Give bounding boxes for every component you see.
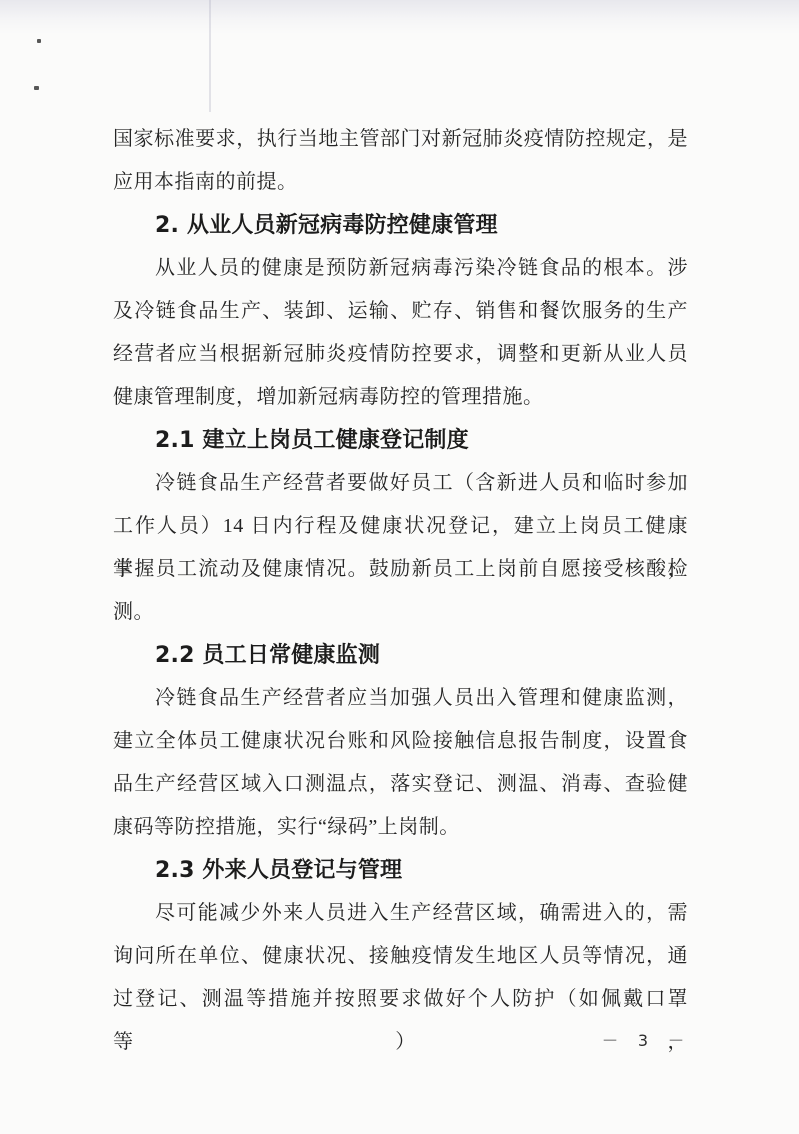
text-line: 冷链食品生产经营者要做好员工（含新进人员和临时参加 bbox=[113, 462, 688, 505]
text-line: 经营者应当根据新冠肺炎疫情防控要求，调整和更新从业人员 bbox=[113, 333, 688, 376]
section-heading-2: 2. 从业人员新冠病毒防控健康管理 bbox=[113, 204, 688, 247]
section-heading-2-2: 2.2 员工日常健康监测 bbox=[113, 634, 688, 677]
document-text-column: 国家标准要求，执行当地主管部门对新冠肺炎疫情防控规定，是 应用本指南的前提。 2… bbox=[113, 118, 688, 1021]
text-line: 品生产经营区域入口测温点，落实登记、测温、消毒、查验健 bbox=[113, 763, 688, 806]
text-line: 健康管理制度，增加新冠病毒防控的管理措施。 bbox=[113, 376, 688, 419]
text-line: 过登记、测温等措施并按照要求做好个人防护（如佩戴口罩等）， bbox=[113, 978, 688, 1021]
text-line: 国家标准要求，执行当地主管部门对新冠肺炎疫情防控规定，是 bbox=[113, 118, 688, 161]
text-line: 测。 bbox=[113, 591, 688, 634]
text-line: 冷链食品生产经营者应当加强人员出入管理和健康监测， bbox=[113, 677, 688, 720]
scan-artifact-line bbox=[209, 0, 211, 112]
page-footer: — 3 — bbox=[603, 1028, 683, 1052]
scan-speck bbox=[34, 86, 39, 90]
page-number: 3 bbox=[638, 1031, 648, 1050]
scanned-document-page: 国家标准要求，执行当地主管部门对新冠肺炎疫情防控规定，是 应用本指南的前提。 2… bbox=[0, 0, 799, 1134]
text-line: 及冷链食品生产、装卸、运输、贮存、销售和餐饮服务的生产 bbox=[113, 290, 688, 333]
text-line: 康码等防控措施，实行“绿码”上岗制。 bbox=[113, 806, 688, 849]
text-line: 建立全体员工健康状况台账和风险接触信息报告制度，设置食 bbox=[113, 720, 688, 763]
text-line: 询问所在单位、健康状况、接触疫情发生地区人员等情况，通 bbox=[113, 935, 688, 978]
scan-top-shadow bbox=[0, 0, 799, 34]
scan-speck bbox=[37, 39, 41, 43]
text-line: 工作人员）14 日内行程及健康状况登记，建立上岗员工健康卡， bbox=[113, 505, 688, 548]
text-line: 尽可能减少外来人员进入生产经营区域，确需进入的，需 bbox=[113, 892, 688, 935]
text-line: 从业人员的健康是预防新冠病毒污染冷链食品的根本。涉 bbox=[113, 247, 688, 290]
text-line: 掌握员工流动及健康情况。鼓励新员工上岗前自愿接受核酸检 bbox=[113, 548, 688, 591]
page-number-dash-left: — bbox=[603, 1034, 617, 1046]
section-heading-2-1: 2.1 建立上岗员工健康登记制度 bbox=[113, 419, 688, 462]
page-number-dash-right: — bbox=[669, 1034, 683, 1046]
section-heading-2-3: 2.3 外来人员登记与管理 bbox=[113, 849, 688, 892]
text-line: 应用本指南的前提。 bbox=[113, 161, 688, 204]
